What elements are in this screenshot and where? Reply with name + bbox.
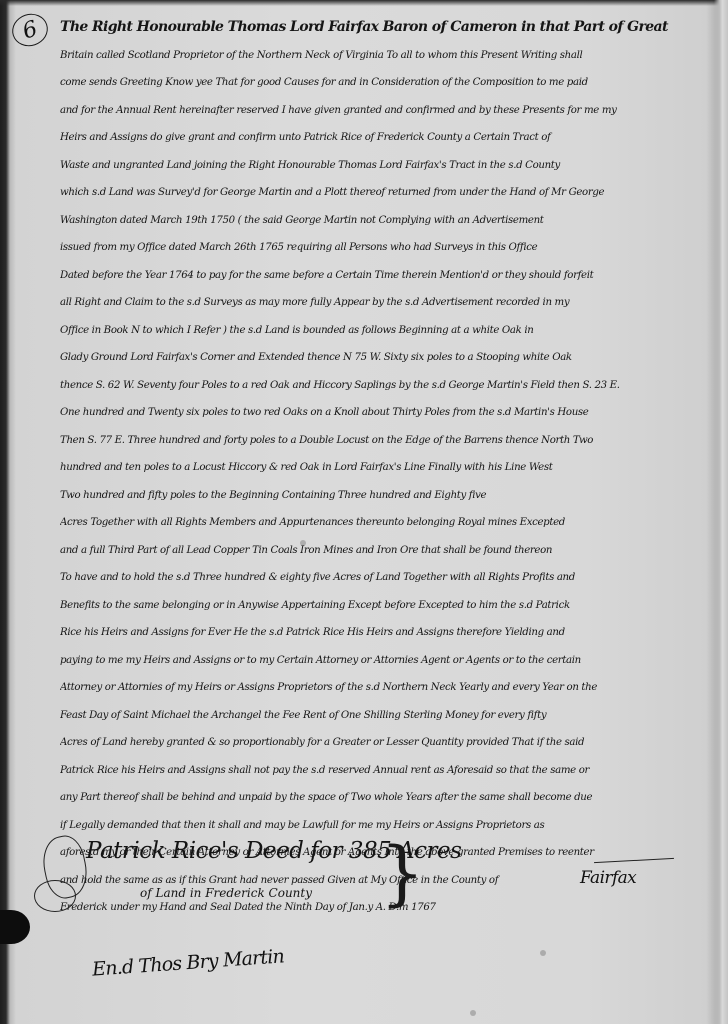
deed-line: Patrick Rice his Heirs and Assigns shall… [60,757,700,785]
endorsement-subtitle: of Land in Frederick County [52,886,552,900]
paper-blemish [470,1010,476,1016]
endorsement-title: Patrick Rice's Deed for 385 Acres [52,838,552,864]
deed-line: Heirs and Assigns do give grant and conf… [60,124,700,152]
deed-line: and for the Annual Rent hereinafter rese… [60,97,700,125]
deed-line: Attorney or Attornies of my Heirs or Ass… [60,674,700,702]
deed-line: and a full Third Part of all Lead Copper… [60,537,700,565]
deed-line: all Right and Claim to the s.d Surveys a… [60,289,700,317]
deed-line: Waste and ungranted Land joining the Rig… [60,152,700,180]
deed-line: To have and to hold the s.d Three hundre… [60,564,700,592]
deed-line: issued from my Office dated March 26th 1… [60,234,700,262]
deed-line: Rice his Heirs and Assigns for Ever He t… [60,619,700,647]
scanner-thumb-shadow [0,910,30,944]
deed-line: One hundred and Twenty six poles to two … [60,399,700,427]
deed-line: Dated before the Year 1764 to pay for th… [60,262,700,290]
page-number-text: 6 [19,16,40,44]
deed-line: come sends Greeting Know yee That for go… [60,69,700,97]
deed-line: Feast Day of Saint Michael the Archangel… [60,702,700,730]
fairfax-signature: Fairfax [580,868,636,888]
deed-line: Washington dated March 19th 1750 ( the s… [60,207,700,235]
deed-line: The Right Honourable Thomas Lord Fairfax… [60,14,700,42]
deed-line: thence S. 62 W. Seventy four Poles to a … [60,372,700,400]
deed-line: Two hundred and fifty poles to the Begin… [60,482,700,510]
endorsement: Patrick Rice's Deed for 385 Acres of Lan… [52,838,552,900]
deed-line: paying to me my Heirs and Assigns or to … [60,647,700,675]
deed-line: Acres of Land hereby granted & so propor… [60,729,700,757]
deed-line: Benefits to the same belonging or in Any… [60,592,700,620]
deed-line: Glady Ground Lord Fairfax's Corner and E… [60,344,700,372]
endorsement-brace: } [380,838,425,908]
deed-line: Acres Together with all Rights Members a… [60,509,700,537]
scan-top-shadow [0,0,728,6]
deed-line: any Part thereof shall be behind and unp… [60,784,700,812]
deed-line: Office in Book N to which I Refer ) the … [60,317,700,345]
registration-signature: En.d Thos Bry Martin [91,945,284,980]
deed-line: Britain called Scotland Proprietor of th… [60,42,700,70]
document-scan: 6 The Right Honourable Thomas Lord Fairf… [0,0,728,1024]
deed-line: which s.d Land was Survey'd for George M… [60,179,700,207]
page-number-circled: 6 [8,9,52,51]
page-right-edge [714,0,728,1024]
deed-body: The Right Honourable Thomas Lord Fairfax… [60,14,700,922]
deed-line: Then S. 77 E. Three hundred and forty po… [60,427,700,455]
deed-line: hundred and ten poles to a Locust Hiccor… [60,454,700,482]
paper-blemish [540,950,546,956]
